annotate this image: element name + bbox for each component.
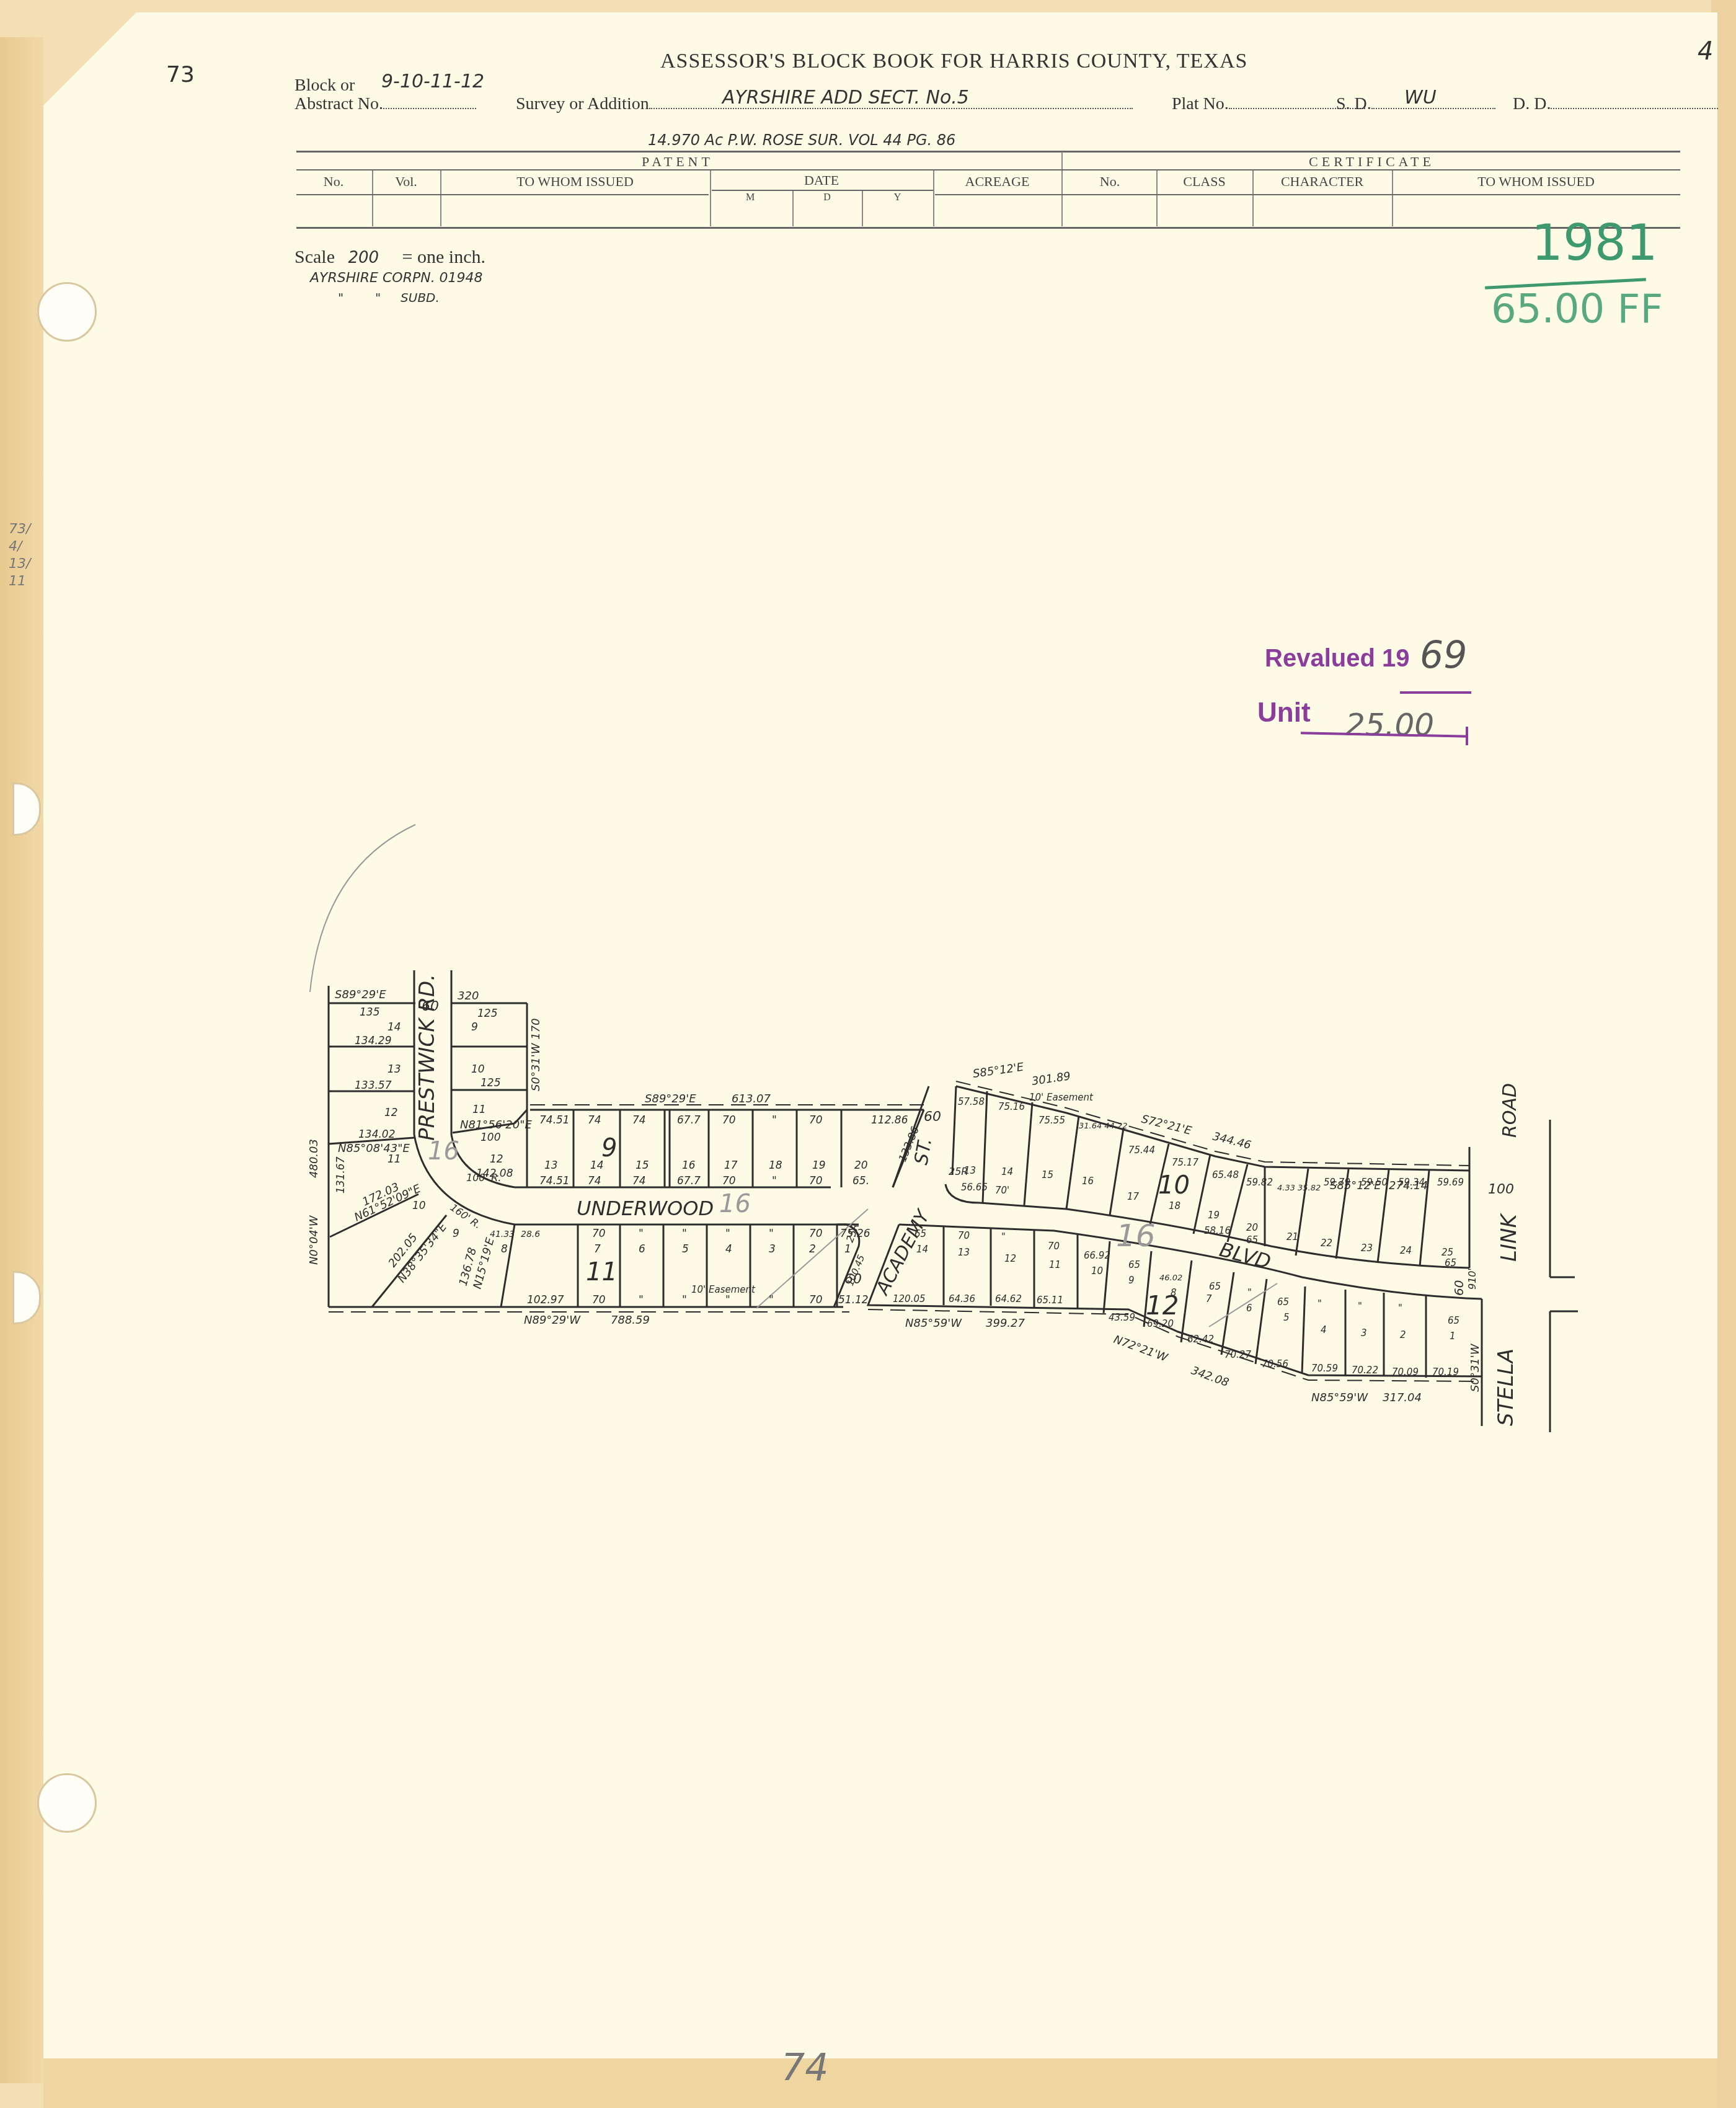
lot-dim: 67.7 — [677, 1175, 701, 1187]
lot-dim: 59.50 — [1361, 1177, 1388, 1188]
lot-number: 16 — [682, 1159, 696, 1172]
lot-dim: 62.42 — [1187, 1334, 1214, 1345]
lot-dim: 120.05 — [893, 1293, 926, 1304]
lot-number: 9 — [453, 1228, 459, 1240]
lot-dim: 74 — [632, 1114, 646, 1127]
bearing: N85°59'W — [905, 1317, 962, 1330]
pencil-16: 16 — [1116, 1218, 1156, 1254]
bearing: N72°21'W — [1112, 1333, 1170, 1365]
lot-dim: 70 — [722, 1175, 736, 1187]
lot-dim: 75.55 — [1038, 1115, 1065, 1126]
block-11: 11 — [586, 1258, 618, 1286]
lot-dim: 67.7 — [677, 1114, 701, 1127]
lot-dim: 46.02 — [1159, 1273, 1182, 1283]
lot-dim: 69.20 — [1147, 1318, 1174, 1329]
lot-dim: 4.33 35.82 — [1277, 1184, 1321, 1193]
lot-number: 4 — [1321, 1324, 1327, 1335]
lot-dim: " — [769, 1294, 774, 1306]
lot-number: 14 — [590, 1159, 604, 1172]
lot-number: 9 — [1128, 1275, 1135, 1286]
block-9: 9 — [601, 1134, 617, 1162]
lot-dim: 59.82 — [1246, 1177, 1273, 1188]
lot-dim: 112.86 — [871, 1114, 908, 1127]
lot-dim: 70.22 — [1352, 1365, 1378, 1376]
lot-number: 2 — [1400, 1329, 1406, 1340]
lot-dim: 58.16 — [1204, 1225, 1231, 1236]
radius-label: 160' R. — [448, 1202, 484, 1231]
lot-dim: " — [1001, 1231, 1006, 1242]
bearing: S85°12'E — [972, 1061, 1025, 1081]
lot-dim: " — [1247, 1287, 1252, 1298]
lot-number: 11 — [1049, 1259, 1061, 1270]
lot-dim: 134.29 — [355, 1035, 391, 1047]
bearing: S89°29'E — [335, 988, 386, 1001]
lot-dim: 125 — [477, 1007, 497, 1020]
lot-number: 12 — [490, 1153, 503, 1166]
lot-number: 20 — [1246, 1222, 1258, 1233]
lot-dim: 70.59 — [1311, 1363, 1338, 1374]
bearing: 344.46 — [1211, 1130, 1252, 1152]
lot-dim: " — [1317, 1298, 1322, 1309]
lot-number: 1 — [844, 1243, 851, 1255]
lot-number: 11 — [387, 1153, 401, 1166]
bearing: 317.04 — [1383, 1391, 1422, 1404]
lot-dim: 65.11 — [1037, 1295, 1063, 1306]
street-road: ROAD — [1499, 1083, 1521, 1138]
lot-number: 14 — [1001, 1166, 1013, 1177]
lot-number: 12 — [384, 1107, 398, 1119]
street-stella: STELLA — [1494, 1348, 1518, 1426]
lot-dim: 100 — [480, 1131, 500, 1144]
lot-number: 15 — [635, 1159, 649, 1172]
bearing: S0°31'W — [1469, 1343, 1482, 1392]
lot-dim: 131.67 — [335, 1156, 347, 1193]
lot-dim: 51.12 — [838, 1294, 869, 1306]
lot-dim: " — [682, 1228, 687, 1240]
lot-number: 8 — [501, 1243, 508, 1255]
lot-dim: " — [725, 1294, 730, 1306]
lot-number: 9 — [471, 1021, 478, 1034]
lot-dim: 70 — [809, 1294, 823, 1306]
lot-number: 15 — [1042, 1169, 1053, 1180]
link-width: 100 — [1488, 1182, 1514, 1197]
pencil-16: 16 — [719, 1190, 751, 1218]
lot-number: 23 — [1361, 1242, 1373, 1254]
lot-number: 24 — [1400, 1245, 1412, 1256]
lot-number: 5 — [682, 1243, 689, 1255]
lot-dim: 100.45 — [844, 1253, 867, 1287]
lot-dim: 64.62 — [995, 1293, 1022, 1304]
lot-number: 21 — [1286, 1231, 1298, 1242]
lot-dim: 74.51 — [539, 1114, 570, 1127]
lot-dim: " — [725, 1228, 730, 1240]
plat-lines — [329, 970, 1578, 1432]
lot-dim: 70 — [1048, 1241, 1060, 1252]
lot-dim: 70 — [809, 1175, 823, 1187]
lot-dim: 70.56 — [1262, 1358, 1288, 1370]
block-book-page: 73 4 73/ 4/ 13/ 11 74 ASSESSOR'S BLOCK B… — [0, 0, 1736, 2108]
lot-number: 13 — [964, 1165, 976, 1176]
lot-dim: 65 — [1246, 1234, 1258, 1246]
lot-dim: 41.33 — [490, 1229, 515, 1239]
lot-number: 6 — [639, 1243, 645, 1255]
street-underwood: UNDERWOOD — [577, 1197, 714, 1220]
lot-number: 7 — [1206, 1293, 1212, 1304]
lot-number: 14 — [916, 1244, 928, 1255]
lot-number: 17 — [724, 1159, 738, 1172]
bearing: 320 — [458, 990, 479, 1003]
lot-dim: 65.48 — [1212, 1169, 1239, 1180]
lot-dim: 59.79 — [1324, 1177, 1350, 1188]
lot-dim: " — [682, 1294, 687, 1306]
lot-number: 3 — [1361, 1327, 1367, 1339]
lot-number: 6 — [1246, 1303, 1252, 1314]
lot-number: 3 — [769, 1243, 776, 1255]
lot-dim: 56.65 — [961, 1182, 988, 1193]
bearing: 613.07 — [732, 1092, 771, 1105]
lot-dim: 102.97 — [527, 1294, 564, 1306]
lot-dim: 70 — [809, 1114, 823, 1127]
bearing: 399.27 — [986, 1317, 1025, 1330]
lot-number: 17 — [1127, 1191, 1140, 1202]
lot-number: 25 — [1441, 1247, 1453, 1258]
pencil-16: 16 — [428, 1137, 459, 1166]
bearing: 480.03 — [308, 1139, 321, 1178]
lot-number: 19 — [1208, 1210, 1220, 1221]
lot-dim: " — [1358, 1301, 1362, 1312]
lot-dim: 70.27 — [1224, 1349, 1251, 1360]
lot-dim: 59.69 — [1437, 1177, 1464, 1188]
lot-dim: " — [639, 1228, 644, 1240]
lot-dim: 65 — [1448, 1315, 1459, 1326]
bearing: N85°59'W — [1311, 1391, 1368, 1404]
lot-number: 10 — [412, 1200, 426, 1212]
bearing: 910' — [1466, 1268, 1478, 1290]
lot-dim: 65 — [1128, 1259, 1140, 1270]
lot-dim: 135 — [360, 1006, 379, 1019]
bearing: N89°29'W — [524, 1314, 581, 1327]
lot-number: 8 — [1171, 1287, 1177, 1298]
lot-number: 14 — [387, 1021, 401, 1034]
lot-dim: 66.92 — [1084, 1250, 1110, 1261]
bearing: N81°56'20"E — [460, 1118, 532, 1131]
lot-number: 13 — [958, 1247, 970, 1258]
lot-dim: 31.64 44.22 — [1079, 1122, 1128, 1131]
lot-number: 18 — [769, 1159, 782, 1172]
lot-dim: 59.34 — [1398, 1177, 1425, 1188]
lot-labels-block9: 74.51 13 74.51 74 14 74 74 15 74 67.7 16… — [539, 1114, 922, 1187]
lot-number: 2 — [809, 1243, 816, 1255]
lot-number: 16 — [1082, 1176, 1094, 1187]
prestwick-width: 60 — [422, 999, 439, 1014]
lot-dim: " — [772, 1114, 777, 1127]
lot-dim: 74.51 — [539, 1175, 570, 1187]
lot-dim: 64.36 — [949, 1293, 975, 1304]
lot-dim: " — [639, 1294, 644, 1306]
lot-number: 10 — [471, 1063, 485, 1076]
bearing: N0°04'W — [308, 1215, 321, 1265]
lot-dim: 125 — [480, 1077, 500, 1089]
bearing: 788.59 — [611, 1314, 650, 1327]
bearing: 301.89 — [1031, 1069, 1071, 1088]
lot-dim: 70.19 — [1432, 1366, 1459, 1378]
street-link: LINK — [1497, 1213, 1521, 1262]
lot-dim: " — [769, 1228, 774, 1240]
lot-dim: 65 — [1445, 1257, 1456, 1269]
easement-label: 10' Easement — [1029, 1092, 1094, 1103]
lot-dim: 142.08 — [476, 1167, 513, 1180]
lot-dim: 75.44 — [1128, 1145, 1155, 1156]
lot-dim: 134.02 — [358, 1128, 395, 1141]
lot-dim: 57.58 — [958, 1096, 985, 1107]
lot-dim: 65 — [1277, 1296, 1289, 1308]
lot-dim: 70 — [592, 1294, 606, 1306]
lot-number: 22 — [1321, 1238, 1332, 1249]
lot-dim: 65 — [914, 1228, 926, 1239]
lot-number: 4 — [725, 1243, 732, 1255]
lot-dim: 65. — [852, 1175, 869, 1187]
lot-dim: 75.16 — [998, 1101, 1025, 1112]
lot-dim: 70' — [995, 1185, 1009, 1196]
lot-dim: 65 — [1209, 1281, 1221, 1292]
bearing: S72°21'E — [1140, 1112, 1193, 1138]
lot-dim: 70 — [722, 1114, 736, 1127]
lot-number: 10 — [1091, 1265, 1103, 1277]
lot-dim: 28.6 — [521, 1229, 540, 1239]
lot-number: 13 — [387, 1063, 401, 1076]
lot-number: 20 — [854, 1159, 868, 1172]
lot-dim: 70 — [809, 1228, 823, 1240]
lot-number: 13 — [544, 1159, 558, 1172]
lot-number: 7 — [594, 1243, 601, 1255]
lot-dim: 70 — [592, 1228, 606, 1240]
lot-dim: 74 — [588, 1114, 601, 1127]
bearing: S89°29'E — [645, 1092, 696, 1105]
lot-dim: 70.09 — [1392, 1366, 1419, 1378]
lot-number: 19 — [812, 1159, 826, 1172]
lot-number: 18 — [1169, 1200, 1180, 1211]
lot-number: 11 — [472, 1104, 486, 1116]
lot-dim: " — [1398, 1303, 1402, 1314]
stella-width: 60 — [1451, 1280, 1466, 1296]
lot-number: 5 — [1283, 1312, 1290, 1323]
lot-number: 12 — [1004, 1253, 1016, 1264]
block-10: 10 — [1158, 1171, 1190, 1200]
lot-dim: 75.17 — [1172, 1157, 1198, 1168]
st-width: 60 — [924, 1109, 941, 1125]
lot-dim: 70 — [958, 1230, 970, 1241]
bearing: S0°31'W 170 — [529, 1018, 542, 1091]
bearing-labels: S89°29'E S89°29'E 613.07 480.03 N0°04'W … — [308, 988, 1482, 1404]
lot-dim: 74 — [632, 1175, 646, 1187]
lot-dim: 43.59 — [1109, 1312, 1135, 1323]
lot-dim: 133.57 — [355, 1079, 392, 1092]
lot-dim: 75.26 — [840, 1228, 870, 1240]
bearing: 342.08 — [1189, 1364, 1230, 1389]
plat-map: PRESTWICK RD. UNDERWOOD ACADEMY ST. BLVD… — [0, 0, 1736, 2108]
easement-label: 10' Easement — [691, 1284, 756, 1295]
lot-dim: " — [772, 1175, 777, 1187]
lot-dim: 74 — [588, 1175, 601, 1187]
lot-number: 1 — [1450, 1331, 1456, 1342]
